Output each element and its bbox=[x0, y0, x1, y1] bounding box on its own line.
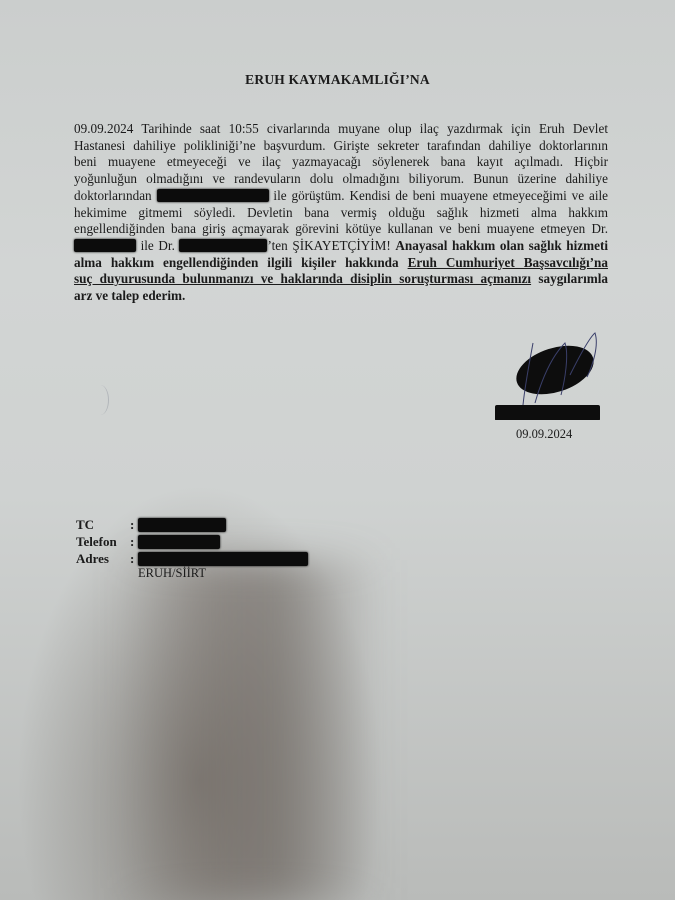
address-city: ERUH/SİİRT bbox=[138, 566, 206, 581]
redacted-name bbox=[157, 189, 269, 202]
body-text-segment: Anayasal hakkım olan sağlık hizmeti bbox=[395, 238, 608, 253]
body-line: engellendiğinden bana giriş açmayarak gö… bbox=[74, 221, 608, 238]
pen-mark bbox=[92, 385, 109, 415]
contact-row-adres: Adres: bbox=[76, 550, 138, 567]
signature-date: 09.09.2024 bbox=[516, 427, 572, 442]
contact-label: Adres bbox=[76, 550, 130, 567]
body-line: ile Dr. ’ten ŞİKAYETÇİYİM! Anayasal hakk… bbox=[74, 238, 608, 255]
petition-body: 09.09.2024 Tarihinde saat 10:55 civarlar… bbox=[74, 121, 608, 305]
body-text-segment: arz ve talep ederim. bbox=[74, 288, 185, 303]
redacted-signature-blot bbox=[510, 337, 600, 404]
body-line: hekimime gitmemi söyledi. Devletin bana … bbox=[74, 205, 608, 222]
contact-colon: : bbox=[130, 516, 138, 533]
body-text-segment: saygılarımla bbox=[531, 271, 608, 286]
body-line: alma hakkım engellendiğinden ilgili kişi… bbox=[74, 255, 608, 272]
body-line: yoğunluğun olmadığını ve randevuların do… bbox=[74, 171, 608, 188]
contact-row-telefon: Telefon: bbox=[76, 533, 138, 550]
body-text-segment: ile Dr. bbox=[136, 238, 179, 253]
hand-shadow bbox=[120, 560, 380, 900]
body-line: suç duyurusunda bulunmanızı ve haklarınd… bbox=[74, 271, 608, 288]
body-line: arz ve talep ederim. bbox=[74, 288, 608, 305]
body-text-segment: Hastanesi dahiliye polikliniği’ne başvur… bbox=[74, 138, 608, 153]
contact-label: Telefon bbox=[76, 533, 130, 550]
redacted-telefon bbox=[138, 535, 220, 549]
body-text-segment: doktorlarından bbox=[74, 188, 157, 203]
body-text-segment: ile görüştüm. Kendisi de beni muayene et… bbox=[269, 188, 608, 203]
contact-row-tc: TC: bbox=[76, 516, 138, 533]
body-line: beni muayene etmeyeceği ve ilaç yazmayac… bbox=[74, 154, 608, 171]
body-line: Hastanesi dahiliye polikliniği’ne başvur… bbox=[74, 138, 608, 155]
body-text-segment: beni muayene etmeyeceği ve ilaç yazmayac… bbox=[74, 154, 608, 169]
contact-colon: : bbox=[130, 533, 138, 550]
body-text-segment: hekimime gitmemi söyledi. Devletin bana … bbox=[74, 205, 608, 220]
redacted-name bbox=[179, 239, 267, 252]
signature bbox=[495, 325, 615, 420]
body-text-segment: Eruh Cumhuriyet Başsavcılığı’na bbox=[408, 255, 608, 270]
body-text-segment: alma hakkım engellendiğinden ilgili kişi… bbox=[74, 255, 408, 270]
body-line: doktorlarından ile görüştüm. Kendisi de … bbox=[74, 188, 608, 205]
body-text-segment: yoğunluğun olmadığını ve randevuların do… bbox=[74, 171, 608, 186]
contact-block: TC: Telefon: Adres: bbox=[76, 516, 138, 567]
redacted-adres bbox=[138, 552, 308, 566]
contact-colon: : bbox=[130, 550, 138, 567]
body-text-segment: suç duyurusunda bulunmanızı ve haklarınd… bbox=[74, 271, 531, 286]
body-text-segment: ’ten ŞİKAYETÇİYİM! bbox=[267, 238, 395, 253]
redacted-name bbox=[74, 239, 136, 252]
body-line: 09.09.2024 Tarihinde saat 10:55 civarlar… bbox=[74, 121, 608, 138]
contact-label: TC bbox=[76, 516, 130, 533]
redacted-signer-name bbox=[495, 405, 600, 420]
body-text-segment: engellendiğinden bana giriş açmayarak gö… bbox=[74, 221, 608, 236]
body-text-segment: 09.09.2024 Tarihinde saat 10:55 civarlar… bbox=[74, 121, 608, 136]
document-title: ERUH KAYMAKAMLIĞI’NA bbox=[0, 72, 675, 88]
redacted-tc bbox=[138, 518, 226, 532]
